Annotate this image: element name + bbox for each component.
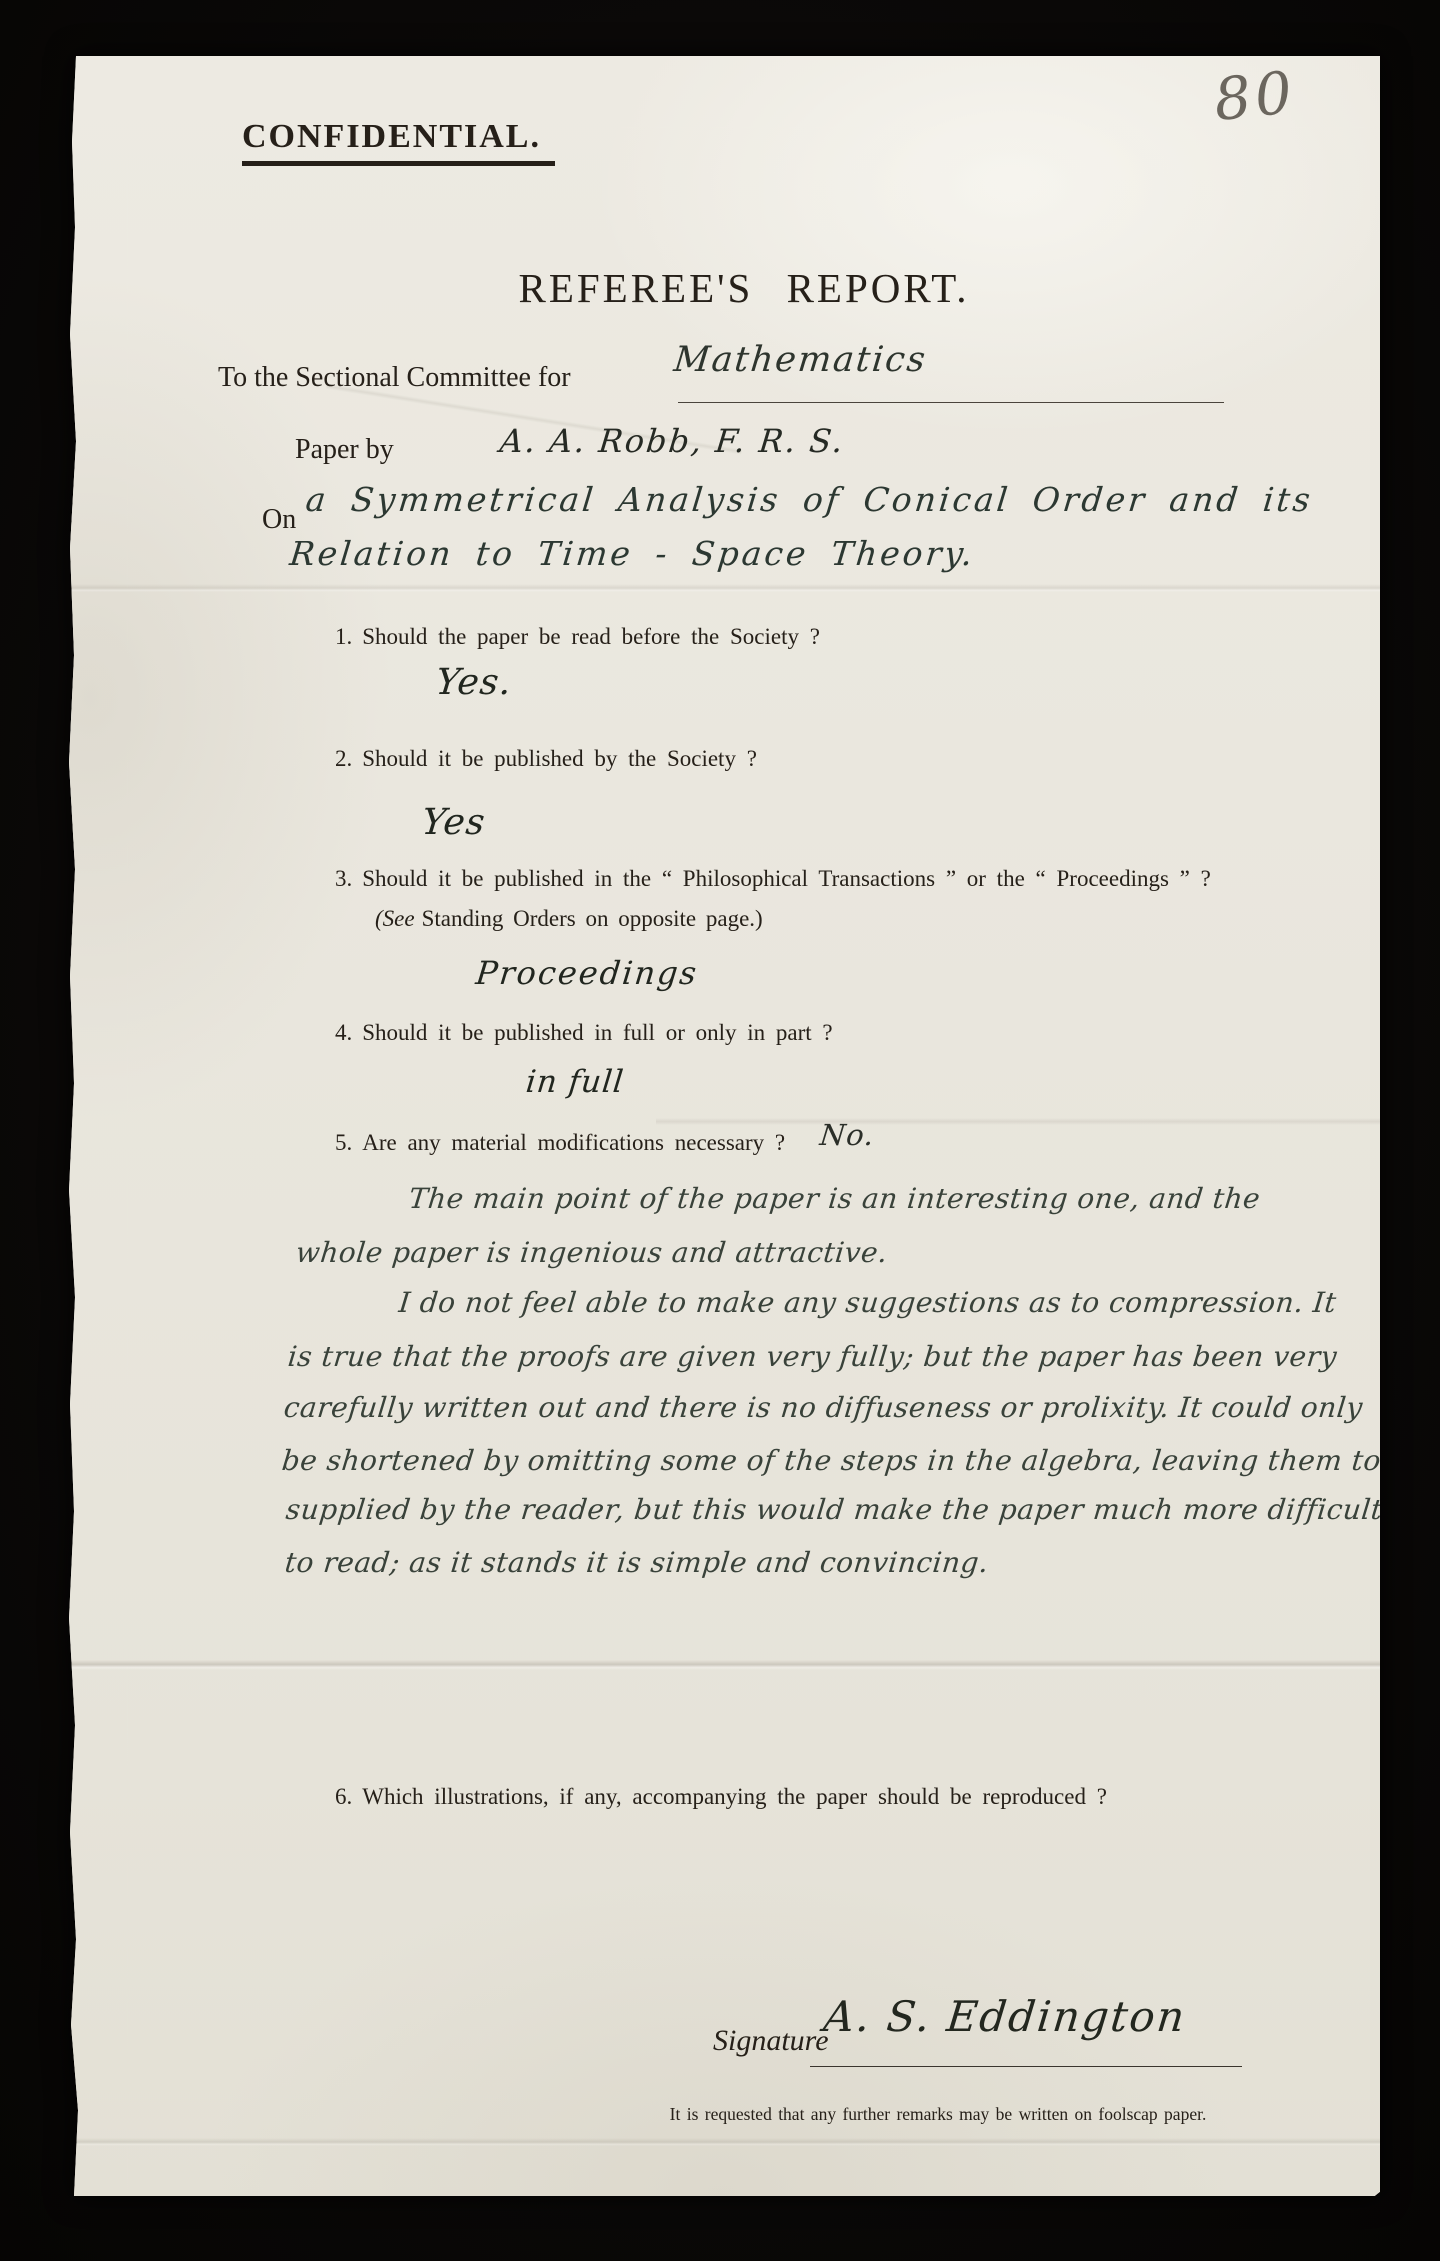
footer-instruction: It is requested that any further remarks…: [650, 2104, 1226, 2125]
remarks-line: I do not feel able to make any suggestio…: [397, 1286, 1338, 1319]
remarks-line: to read; as it stands it is simple and c…: [283, 1546, 990, 1579]
pencil-page-number: 80: [1211, 58, 1299, 134]
question-4-number: 4.: [335, 1020, 352, 1046]
paper-title-handwritten-line2: Relation to Time - Space Theory.: [288, 534, 977, 573]
question-3-note: (SeeStanding Orders on opposite page.): [375, 906, 763, 932]
signature-handwritten: A. S. Eddington: [821, 1992, 1188, 2041]
paper-fold-crease: [64, 1660, 1380, 1670]
question-6: 6.Which illustrations, if any, accompany…: [335, 1784, 1107, 1810]
question-2: 2.Should it be published by the Society …: [335, 746, 757, 772]
answer-4-handwritten: in full: [524, 1064, 626, 1100]
question-6-number: 6.: [335, 1784, 352, 1810]
paper-crease: [64, 2138, 1380, 2146]
question-4-text: Should it be published in full or only i…: [362, 1020, 832, 1045]
question-5: 5.Are any material modifications necessa…: [335, 1130, 785, 1156]
question-5-text: Are any material modifications necessary…: [362, 1130, 785, 1155]
on-label: On: [262, 504, 296, 536]
answer-2-handwritten: Yes: [420, 802, 488, 843]
question-6-text: Which illustrations, if any, accompanyin…: [362, 1784, 1107, 1809]
paper-title-handwritten-line1: a Symmetrical Analysis of Conical Order …: [304, 480, 1315, 519]
document-sheet-wrap: CONFIDENTIAL. 80 REFEREE'S REPORT. To th…: [64, 56, 1380, 2196]
question-3-note-see: (See: [375, 906, 415, 931]
remarks-line: be shortened by omitting some of the ste…: [280, 1444, 1427, 1477]
answer-5-handwritten: No.: [818, 1118, 876, 1152]
signature-label: Signature: [713, 2024, 829, 2058]
question-3-number: 3.: [335, 866, 352, 892]
question-4: 4.Should it be published in full or only…: [335, 1020, 833, 1046]
remarks-line: whole paper is ingenious and attractive.: [294, 1236, 889, 1269]
question-1-number: 1.: [335, 624, 352, 650]
question-1: 1.Should the paper be read before the So…: [335, 624, 820, 650]
committee-handwritten-value: Mathematics: [672, 340, 929, 380]
question-3-text: Should it be published in the “ Philosop…: [362, 866, 1211, 891]
committee-rule-line: [678, 402, 1224, 403]
confidential-stamp: CONFIDENTIAL.: [242, 118, 555, 166]
question-5-number: 5.: [335, 1130, 352, 1156]
question-2-number: 2.: [335, 746, 352, 772]
question-2-text: Should it be published by the Society ?: [362, 746, 757, 771]
question-3: 3.Should it be published in the “ Philos…: [335, 866, 1345, 892]
paper-crease: [64, 584, 1380, 592]
remarks-line: The main point of the paper is an intere…: [407, 1182, 1262, 1215]
remarks-line: carefully written out and there is no di…: [282, 1391, 1364, 1424]
signature-rule-line: [810, 2066, 1242, 2067]
question-1-text: Should the paper be read before the Soci…: [362, 624, 820, 649]
paper-by-label: Paper by: [295, 434, 394, 466]
question-3-note-rest: Standing Orders on opposite page.): [422, 906, 763, 931]
committee-label: To the Sectional Committee for: [218, 362, 571, 393]
answer-3-handwritten: Proceedings: [474, 954, 700, 992]
paper-by-handwritten-value: A. A. Robb, F. R. S.: [498, 422, 847, 460]
remarks-line: is true that the proofs are given very f…: [286, 1340, 1338, 1373]
answer-1-handwritten: Yes.: [434, 662, 514, 703]
paper-crease: [656, 1118, 1380, 1125]
remarks-line: supplied by the reader, but this would m…: [284, 1493, 1384, 1526]
report-title: REFEREE'S REPORT.: [86, 264, 1402, 312]
document-sheet: CONFIDENTIAL. 80 REFEREE'S REPORT. To th…: [64, 56, 1380, 2196]
